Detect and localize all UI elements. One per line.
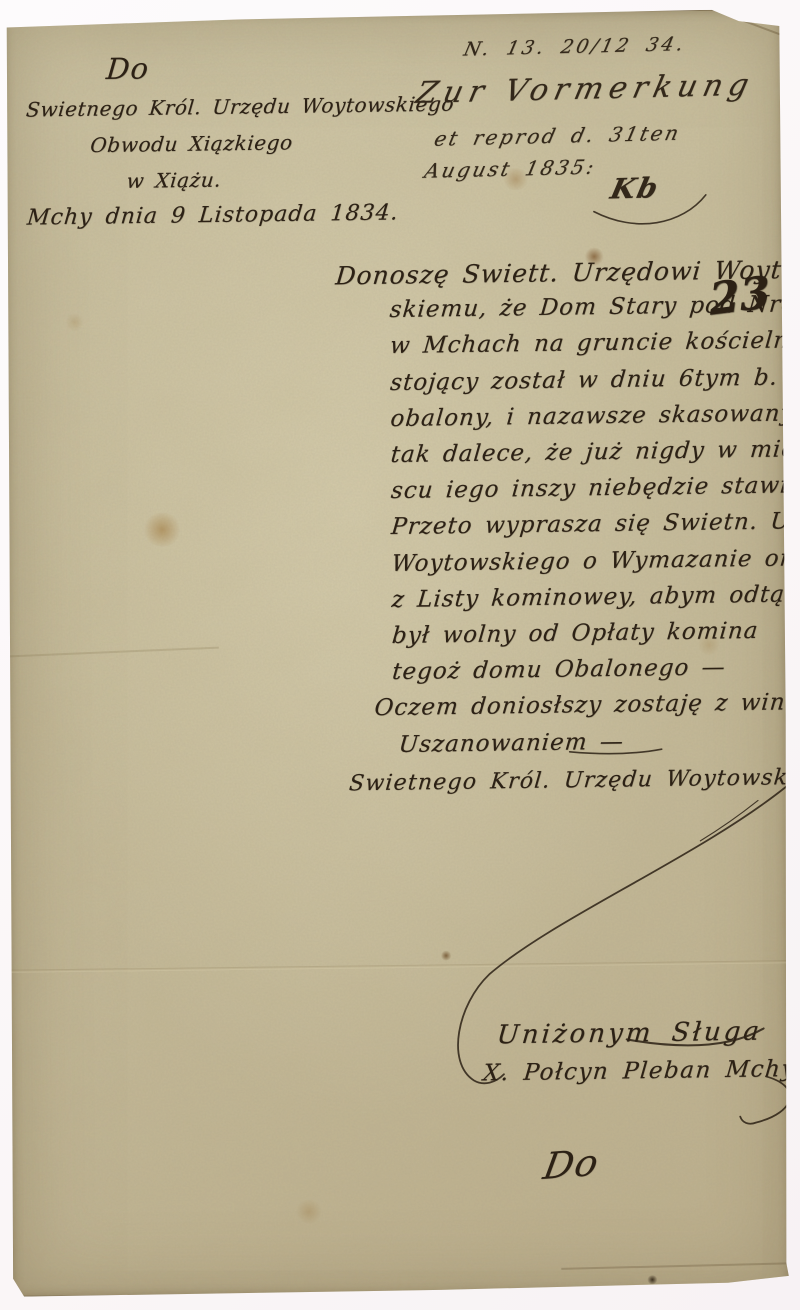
body-line: obalony, i nazawsze skasowany, [389,402,800,431]
body-line: scu iego inszy niebędzie stawiony. [390,474,800,503]
stain [295,1200,323,1224]
ink-mark-bottom-edge [647,1275,657,1284]
body-line: był wolny od Opłaty komina [391,620,759,648]
body-line: tak dalece, że już nigdy w miey= [390,438,800,467]
body-line: z Listy kominowey, abym odtąd [391,583,800,612]
verso-address-start: Do [541,1144,602,1185]
registry-paraph: Kb [608,174,662,203]
fold-crease-left [9,647,219,658]
signature-line-1: Uniżonym Sługa [496,1019,763,1049]
registry-note-line-1: Zur Vormerkung [413,71,757,109]
signature-tail-flourish [740,1076,789,1124]
registry-number: N. 13. 20/12 34. [462,35,688,59]
body-line: w Mchach na gruncie kościelnym [389,329,800,358]
fold-crease-horizontal [11,960,787,972]
addressee-tail-stroke [700,800,758,840]
stain [142,512,182,546]
address-salutation: Do [105,54,150,84]
address-line-3: w Xiążu. [126,170,223,191]
paper-sheet: Do Swietnego Król. Urzędu Woytowskiego O… [4,9,791,1296]
address-line-2: Obwodu Xiązkiego [90,132,294,155]
body-line: stojący został w dniu 6tym b. m. i r. [389,365,800,395]
body-line: Uszanowaniem — [398,731,625,757]
house-number-overwrite: 23 [708,271,771,323]
body-line: tegoż domu Obalonego — [391,656,726,684]
registry-note-line-3: August 1835: [423,157,598,181]
body-line: Woytowskiego o Wymazanie onegoż [390,547,800,576]
stain [65,313,85,331]
closing-addressee-line: Swietnego Król. Urzędu Woytowskiego [348,766,800,795]
registry-note-line-2: et reprod d. 31ten [432,123,682,149]
stain [441,951,451,961]
dateline: Mchy dnia 9 Listopada 1834. [26,202,399,229]
body-line: Przeto wyprasza się Swietn. Urzędu [390,509,800,539]
fold-crease-bottom-right [561,1262,791,1270]
body-line: Oczem doniosłszy zostaję z winnem [373,691,800,720]
address-line-1: Swietnego Król. Urzędu Woytowskiego [25,94,455,120]
signature-line-2: X. Połcyn Pleban Mchy [482,1058,797,1085]
